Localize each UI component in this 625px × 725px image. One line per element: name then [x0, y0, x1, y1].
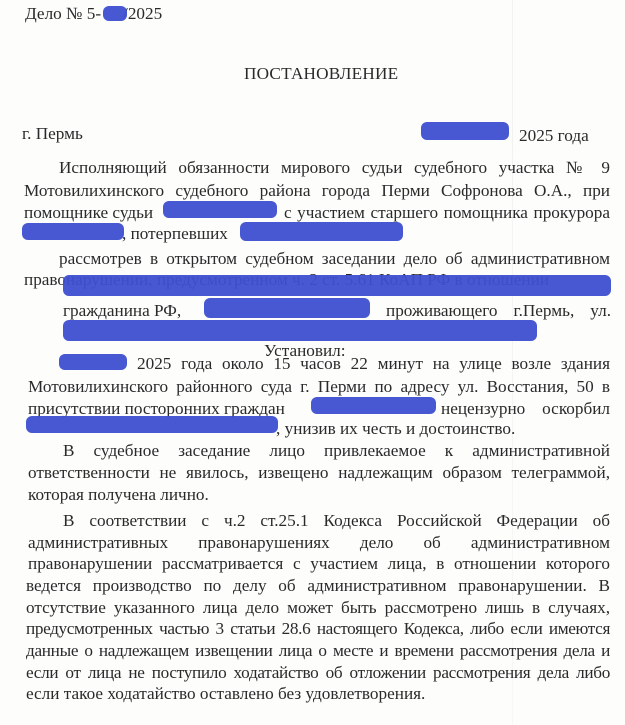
intro-line-2: Мотовилихинского судебного района города…: [24, 181, 610, 201]
law-line-5: отсутствие указанного лица дело может бы…: [26, 598, 610, 618]
intro-line-3b: с участием старшего помощника прокурора: [284, 203, 610, 223]
law-line-4: ведется производство по делу об админист…: [26, 576, 610, 596]
law-line-3: правонарушении рассматривается с участие…: [28, 554, 610, 574]
redaction-insulted-persons: [26, 416, 278, 433]
law-line-2: административных правонарушениях дело об…: [28, 533, 610, 553]
date-year: 2025 года: [519, 126, 589, 146]
redaction-victims: [240, 222, 403, 241]
case-number-suffix: /2025: [123, 4, 162, 23]
intro-line-3a: помощнике судьи: [24, 203, 153, 223]
document-title: ПОСТАНОВЛЕНИЕ: [244, 64, 398, 84]
intro-line-8a: гражданина РФ,: [63, 301, 181, 321]
redaction-defendant-name: [63, 275, 611, 296]
established-line-1: 2025 года около 15 часов 22 минут на ули…: [137, 354, 610, 374]
redaction-prosecutor: [22, 223, 124, 240]
law-line-8: если от лица не поступило ходатайство об…: [26, 663, 610, 683]
redaction-date: [421, 122, 509, 140]
established-line-3b: нецензурно оскорбил: [441, 399, 610, 419]
law-line-6: предусмотренных частью 3 статьи 28.6 нас…: [26, 619, 610, 639]
law-line-7: данные о надлежащем извещении лица о мес…: [26, 641, 610, 661]
established-line-4: , унизив их честь и достоинство.: [276, 419, 515, 439]
intro-line-5: рассмотрев в открытом судебном заседании…: [59, 249, 610, 269]
absence-line-1: В судебное заседание лицо привлекаемое к…: [63, 441, 610, 461]
redaction-assistant-judge: [163, 201, 277, 218]
absence-line-2: ответственности не явилось, извещено над…: [28, 463, 610, 483]
document-page: Дело № 5-/2025 ПОСТАНОВЛЕНИЕ г. Пермь 20…: [0, 0, 625, 725]
redaction-address: [63, 320, 537, 341]
law-line-9: если такое ходатайство оставлено без удо…: [26, 684, 425, 704]
city: г. Пермь: [22, 124, 83, 144]
absence-line-3: которая получена лично.: [28, 485, 209, 505]
intro-line-8b: проживающего г.Пермь, ул.: [386, 301, 611, 321]
redaction-case-number: [103, 6, 127, 21]
redaction-event-date: [59, 354, 127, 370]
intro-line-4: , потерпевших: [122, 224, 228, 244]
established-line-2: Мотовилихинского районного суда г. Перми…: [28, 377, 610, 397]
law-line-1: В соответствии с ч.2 ст.25.1 Кодекса Рос…: [63, 511, 610, 531]
redaction-witnesses: [311, 397, 436, 414]
case-number: Дело № 5-/2025: [25, 4, 162, 24]
case-number-prefix: Дело № 5-: [25, 4, 101, 23]
redaction-birth-data: [204, 298, 370, 318]
intro-line-1: Исполняющий обязанности мирового судьи с…: [59, 158, 610, 178]
